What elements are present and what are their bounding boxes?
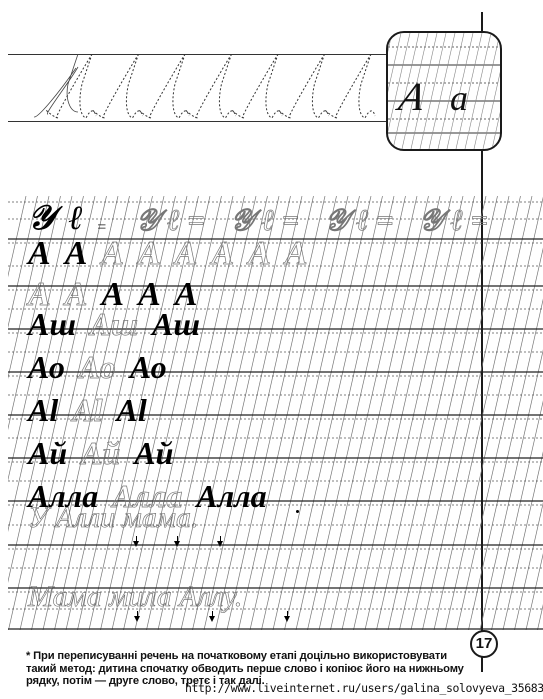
element-glyph: 𝒴 [28,202,55,236]
watermark-url: http://www.liveinternet.ru/users/galina_… [185,681,543,695]
model-word: Аш [152,308,200,340]
down-arrow-icon [174,541,180,547]
trace-word: Ао [79,351,116,383]
trace-word: А [248,237,271,271]
trace-word: А [211,237,234,271]
sentence-row-1: У Алли мама. [28,501,198,533]
sentence-row-2: Мама мила Аллу. [28,580,242,612]
model-word: Ао [28,351,65,383]
trace-word: А [175,237,198,271]
model-word: А [65,237,88,271]
practice-row: АоАоАо [28,351,167,383]
model-word: Ай [134,437,173,469]
model-word: Ай [28,437,67,469]
page-number: 17 [470,630,498,658]
down-arrow-icon [209,616,215,622]
practice-row: АААААААА [28,239,308,271]
footnote-marker [296,510,299,513]
sentence-trace: У Алли мама. [28,503,198,533]
down-arrow-icon [134,616,140,622]
trace-word: Ай [81,437,120,469]
model-word: А [28,237,51,271]
down-arrow-icon [133,541,139,547]
trace-word: А [285,237,308,271]
sentence-trace: Мама мила Аллу. [28,582,242,612]
model-word: Аш [28,308,76,340]
down-arrow-icon [217,541,223,547]
model-word: Ао [130,351,167,383]
ruled-writing-area: 𝒴 ℓ = 𝒴 ℓ =𝒴 ℓ =𝒴 ℓ =𝒴 ℓ = ААААААААААААА… [8,196,543,630]
element-row: 𝒴 ℓ = 𝒴 ℓ =𝒴 ℓ =𝒴 ℓ =𝒴 ℓ = [28,204,488,236]
element-trace: 𝒴 ℓ = [325,206,393,236]
element-trace: 𝒴 ℓ = [420,206,488,236]
element-trace: 𝒴 ℓ = [136,206,204,236]
practice-row: АlАlАl [28,394,147,426]
element-glyph: = [97,220,106,236]
dotted-stroke-traces [8,54,386,122]
trace-word: А [101,237,124,271]
trace-word: А [138,237,161,271]
letter-sample-card: А а [386,31,502,151]
trace-word: Аш [90,308,138,340]
model-word: Аl [116,394,146,426]
model-word: Аl [28,394,58,426]
practice-row: АйАйАй [28,437,173,469]
model-word: Алла [196,480,266,512]
down-arrow-icon [284,616,290,622]
element-trace: 𝒴 ℓ = [231,206,299,236]
element-glyph: ℓ [69,202,84,236]
practice-row: АшАшАш [28,308,200,340]
stroke-tracing-band [8,54,386,122]
trace-word: Аl [72,394,102,426]
lowercase-letter: а [450,77,468,119]
